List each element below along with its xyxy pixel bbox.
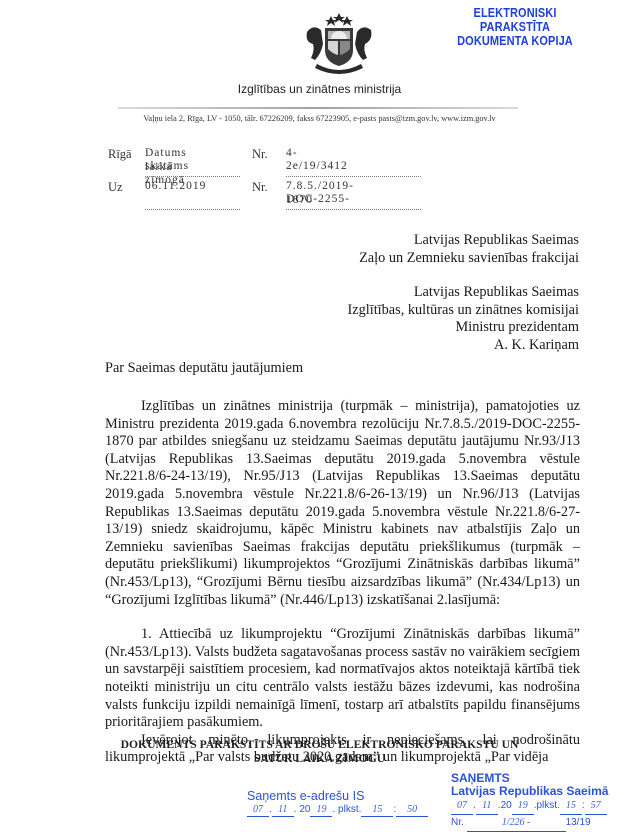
stamp-day: 07 <box>247 803 269 817</box>
addressee-line: Zaļo un Zemnieku savienības frakcijai <box>348 250 580 268</box>
reference-date: 06.11.2019 <box>145 180 206 193</box>
letter-subject: Par Saeimas deputātu jautājumiem <box>105 360 303 377</box>
stamp-year: 19 <box>310 803 332 817</box>
addressee-line: Ministru prezidentam <box>348 319 580 337</box>
signature-note-line2: SATUR LAIKA ZĪMOGU <box>0 752 639 766</box>
nr-value-2-line2: 1870 <box>286 194 313 207</box>
stamp-title: Saņemts e-adrešu IS <box>247 790 428 803</box>
dotted-line <box>145 209 240 210</box>
received-saeima-stamp: SAŅEMTS Latvijas Republikas Saeimā 07.11… <box>451 772 608 832</box>
stamp-year: 19 <box>512 798 534 815</box>
nr-label-1: Nr. <box>252 147 268 162</box>
letter-body: Izglītības un zinātnes ministrija (turpm… <box>105 398 580 767</box>
stamp-hour: 15 <box>560 798 582 815</box>
place-label: Rīgā <box>108 147 132 162</box>
stamp-time-label: plkst. <box>536 800 559 811</box>
addressee-line: Izglītības, kultūras un zinātnes komisij… <box>348 302 580 320</box>
stamp-month: 11 <box>272 803 294 817</box>
signature-note-line1: DOKUMENTS PARAKSTĪTS AR DROŠU ELEKTRONIS… <box>0 738 639 752</box>
stamp-subtitle: Latvijas Republikas Saeimā <box>451 785 608 798</box>
ministry-address: Vaļņu iela 2, Rīga, LV - 1050, tālr. 672… <box>0 114 639 123</box>
dotted-line <box>286 209 421 210</box>
stamp-minute: 57 <box>585 798 607 815</box>
latvia-coat-of-arms-icon <box>301 12 377 76</box>
stamp-line-2: DOKUMENTA KOPIJA <box>440 34 590 48</box>
dotted-line <box>286 176 421 177</box>
stamp-minute: 50 <box>396 803 428 817</box>
addressee-line: Latvijas Republikas Saeimas <box>348 232 580 250</box>
stamp-line-1: ELEKTRONISKI PARAKSTĪTA <box>440 6 590 34</box>
stamp-nr-label: Nr. <box>451 817 464 828</box>
stamp-year-prefix: 20 <box>299 804 310 815</box>
electronic-signature-copy-stamp: ELEKTRONISKI PARAKSTĪTA DOKUMENTA KOPIJA <box>440 6 590 48</box>
stamp-month: 11 <box>476 798 498 815</box>
ministry-name: Izglītības un zinātnes ministrija <box>0 82 639 96</box>
dotted-line <box>145 176 240 177</box>
stamp-hour: 15 <box>361 803 393 817</box>
addressee-block: Latvijas Republikas Saeimas Zaļo un Zemn… <box>348 232 580 354</box>
addressee-line: A. K. Kariņam <box>348 337 580 355</box>
addressee-line: Latvijas Republikas Saeimas <box>348 284 580 302</box>
signature-note: DOKUMENTS PARAKSTĪTS AR DROŠU ELEKTRONIS… <box>0 738 639 766</box>
letterhead-divider <box>118 107 518 109</box>
received-eaddress-stamp: Saņemts e-adrešu IS 07.11. 2019. plkst.1… <box>247 790 428 817</box>
stamp-day: 07 <box>451 798 473 815</box>
body-paragraph: 1. Attiecībā uz likumprojektu “Grozījumi… <box>105 626 580 732</box>
body-paragraph: Izglītības un zinātnes ministrija (turpm… <box>105 398 580 609</box>
stamp-nr-value: 1/226 - <box>467 815 566 832</box>
nr-label-2: Nr. <box>252 180 268 195</box>
stamp-time-label: plkst. <box>338 804 361 815</box>
nr-value-1: 4-2e/19/3412 <box>286 147 348 173</box>
reference-label: Uz <box>108 180 123 195</box>
stamp-year-prefix: 20 <box>501 800 512 811</box>
stamp-nr-suffix: 13/19 <box>566 817 591 828</box>
